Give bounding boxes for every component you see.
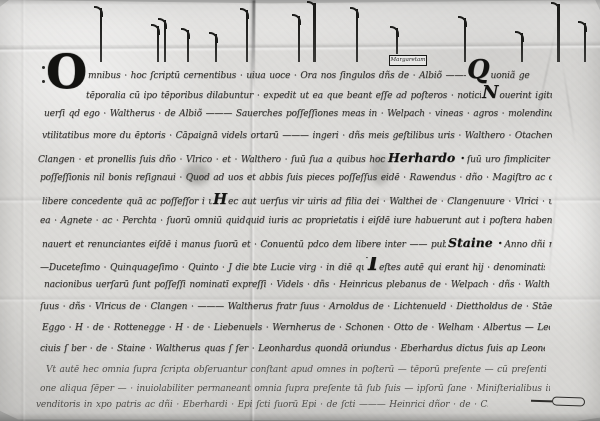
ascender-stroke [396, 28, 398, 54]
charter-photograph: O Margaretam mnibus · hoc ſcriptū cernen… [0, 0, 600, 421]
line-text: nacionibus uerſarū ſunt poſſeſſi nominat… [44, 279, 550, 294]
line-text: Clangen · et pronellis ſuis dño · Vlrico… [38, 154, 386, 169]
name-herhardo: Herhardo · [388, 151, 465, 164]
ascender-stroke [464, 18, 466, 62]
ascender-stroke [298, 16, 300, 62]
text-line: Clangen · et pronellis ſuis dño · Vlrico… [38, 151, 552, 164]
ascender-stroke [187, 30, 189, 62]
text-line: tēporalia cū ipo tēporibus dilabuntur · … [86, 86, 552, 99]
illuminated-initial: O [46, 48, 90, 98]
ascender-stroke [584, 23, 586, 62]
line-text: venditoris in xpo patris ac dñi · Eberha… [36, 399, 488, 414]
text-line: poſſeſſionis nil bonis reſignaui · Quod … [40, 172, 552, 185]
line-text: ouerint igitur vniu [499, 90, 552, 105]
text-line: uerſi qd ego · Waltherus · de Albiõ ——— … [44, 108, 552, 121]
line-text: ea · Agnete · ac · Perchta · ſuorū omniū… [40, 215, 552, 230]
line-text: ec aut uerſus vir uiris ad filia dei · W… [228, 196, 552, 211]
line-text: Eggo · H · de · Rottenegge · H · de · Li… [42, 322, 550, 337]
closing-flourish [552, 396, 585, 406]
line-text: mnibus · hoc ſcriptū cernentibus · uiua … [88, 70, 466, 85]
text-line: ſuus · dñs · Vlricus de · Clangen · ——— … [40, 301, 552, 314]
initial-ornament-dot [42, 80, 45, 83]
place-staine: Staine · [448, 236, 502, 249]
ascender-stroke [557, 4, 560, 62]
ascender-stroke [157, 26, 159, 62]
text-line: Eggo · H · de · Rottenegge · H · de · Li… [42, 322, 550, 335]
text-line: venditoris in xpo patris ac dñi · Eberha… [36, 399, 488, 412]
capital-letter-t: T [365, 257, 378, 272]
ascender-stroke [164, 20, 166, 62]
text-line: nauert et renunciantes eiſdē i manus ſuo… [42, 236, 552, 249]
photo-edge-bottom [0, 413, 600, 421]
text-line: one aliqua ſēper — · inuiolabiliter perm… [40, 383, 550, 396]
text-line: ciuis ſ ber · de · Staine · Waltherus qu… [40, 343, 545, 356]
capital-letter-h: H [213, 193, 227, 206]
ascender-stroke [100, 8, 102, 62]
line-text: vtilitatibus more du ēptoris · Cāpaignā … [42, 130, 552, 145]
text-line: mnibus · hoc ſcriptū cernentibus · uiua … [88, 64, 552, 77]
line-text: nauert et renunciantes eiſdē i manus ſuo… [42, 239, 446, 254]
line-text: ſuū uro ſimpliciter et libere omniū [467, 154, 552, 169]
line-text: uerſi qd ego · Waltherus · de Albiõ ——— … [44, 108, 552, 123]
ascender-stroke [313, 3, 316, 62]
text-line: —Duceteſimo · Quinquageſimo · Quinto · J… [40, 257, 545, 270]
capital-letter-n: N [482, 86, 498, 99]
line-text: Anno dñi mille [504, 239, 552, 254]
line-text: libere concedente quā ac poſſeſſor i uir… [42, 196, 212, 211]
photo-edge-top [0, 0, 600, 5]
line-text: tēporalia cū ipo tēporibus dilabuntur · … [86, 90, 481, 105]
line-text: eſtes autē qui erant hij · denominatis e… [379, 262, 545, 277]
text-line: libere concedente quā ac poſſeſſor i uir… [42, 193, 552, 206]
line-text: uoniã ge [491, 70, 553, 85]
ascender-stroke [356, 9, 358, 62]
line-text: —Duceteſimo · Quinquageſimo · Quinto · J… [40, 262, 364, 277]
line-text: one aliqua ſēper — · inuiolabiliter perm… [40, 383, 550, 398]
line-text: ſuus · dñs · Vlricus de · Clangen · ——— … [40, 301, 552, 316]
text-line: Vt autē hec omnia ſupra ſcripta obſeruan… [46, 364, 550, 377]
text-line: vtilitatibus more du ēptoris · Cāpaignā … [42, 130, 552, 143]
line-text: Vt autē hec omnia ſupra ſcripta obſeruan… [46, 364, 550, 379]
text-line: nacionibus uerſarū ſunt poſſeſſi nominat… [44, 279, 550, 292]
ascender-stroke [246, 10, 248, 62]
ascender-stroke [215, 34, 217, 62]
line-text: poſſeſſionis nil bonis reſignaui · Quod … [40, 172, 552, 187]
line-text: ciuis ſ ber · de · Staine · Waltherus qu… [40, 343, 545, 358]
text-line: ea · Agnete · ac · Perchta · ſuorū omniū… [40, 215, 552, 228]
initial-ornament-dot [42, 66, 45, 69]
ascender-stroke [521, 33, 523, 62]
capital-letter-q: Q [467, 64, 490, 77]
